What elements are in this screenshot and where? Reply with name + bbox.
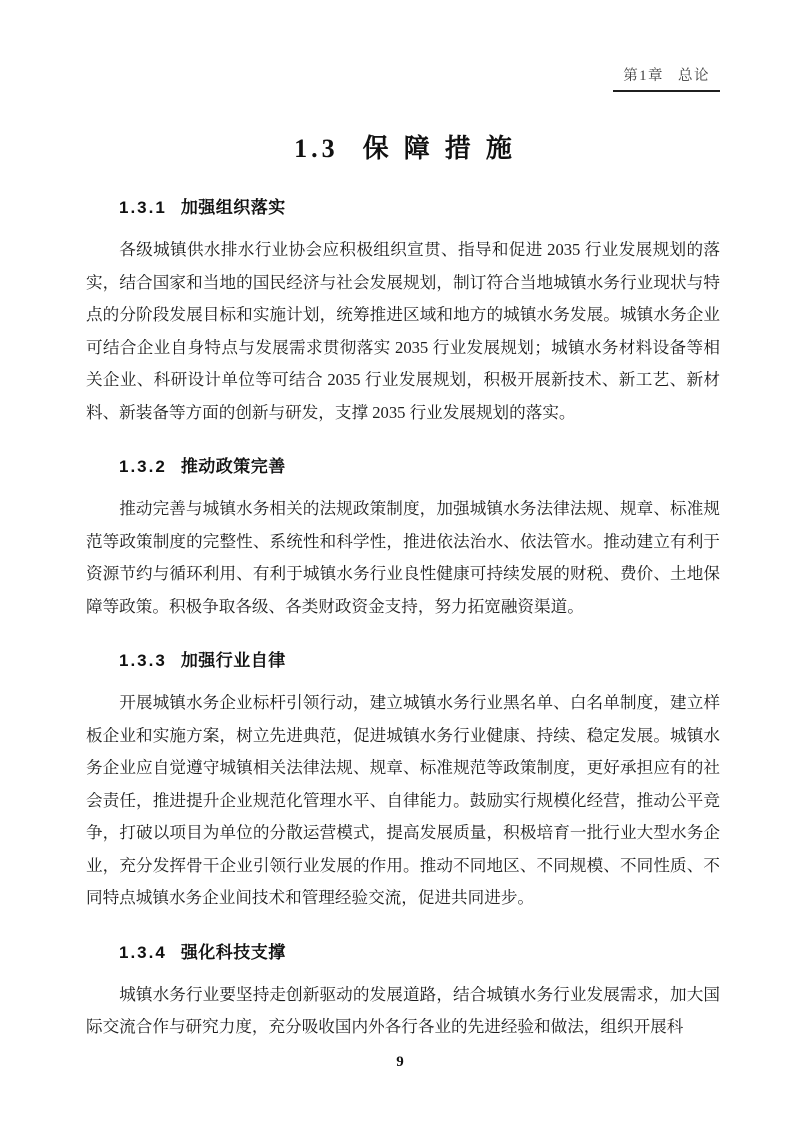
- running-header: 第1章总论: [86, 62, 720, 92]
- section-heading-text: 加强组织落实: [181, 198, 286, 217]
- section-heading: 1.3.4强化科技支撑: [119, 941, 720, 965]
- page-title-number: 1.3: [294, 134, 339, 163]
- document-page: 第1章总论 1.3保障措施 1.3.1加强组织落实 各级城镇供水排水行业协会应积…: [0, 0, 800, 1132]
- chapter-label: 第1章: [623, 68, 664, 84]
- section-paragraph: 推动完善与城镇水务相关的法规政策制度，加强城镇水务法律法规、规章、标准规范等政策…: [86, 493, 720, 623]
- page-title: 1.3保障措施: [86, 132, 720, 166]
- section-number: 1.3.1: [119, 198, 167, 217]
- running-header-text: 第1章总论: [613, 62, 720, 92]
- section-1-3-3: 1.3.3加强行业自律 开展城镇水务企业标杆引领行动，建立城镇水务行业黑名单、白…: [86, 649, 720, 915]
- section-paragraph: 各级城镇供水排水行业协会应积极组织宣贯、指导和促进 2035 行业发展规划的落实…: [86, 234, 720, 429]
- section-heading: 1.3.2推动政策完善: [119, 455, 720, 479]
- section-heading-text: 加强行业自律: [181, 651, 286, 670]
- section-paragraph: 城镇水务行业要坚持走创新驱动的发展道路，结合城镇水务行业发展需求，加大国际交流合…: [86, 979, 720, 1044]
- section-heading-text: 强化科技支撑: [181, 943, 286, 962]
- page-title-text: 保障措施: [363, 134, 527, 163]
- section-heading-text: 推动政策完善: [181, 457, 286, 476]
- section-number: 1.3.4: [119, 943, 167, 962]
- section-1-3-4: 1.3.4强化科技支撑 城镇水务行业要坚持走创新驱动的发展道路，结合城镇水务行业…: [86, 941, 720, 1044]
- section-number: 1.3.2: [119, 457, 167, 476]
- page-number: 9: [0, 1054, 800, 1071]
- section-number: 1.3.3: [119, 651, 167, 670]
- section-heading: 1.3.1加强组织落实: [119, 196, 720, 220]
- chapter-section-label: 总论: [678, 68, 710, 84]
- section-1-3-1: 1.3.1加强组织落实 各级城镇供水排水行业协会应积极组织宣贯、指导和促进 20…: [86, 196, 720, 429]
- section-paragraph: 开展城镇水务企业标杆引领行动，建立城镇水务行业黑名单、白名单制度，建立样板企业和…: [86, 687, 720, 915]
- section-1-3-2: 1.3.2推动政策完善 推动完善与城镇水务相关的法规政策制度，加强城镇水务法律法…: [86, 455, 720, 623]
- section-heading: 1.3.3加强行业自律: [119, 649, 720, 673]
